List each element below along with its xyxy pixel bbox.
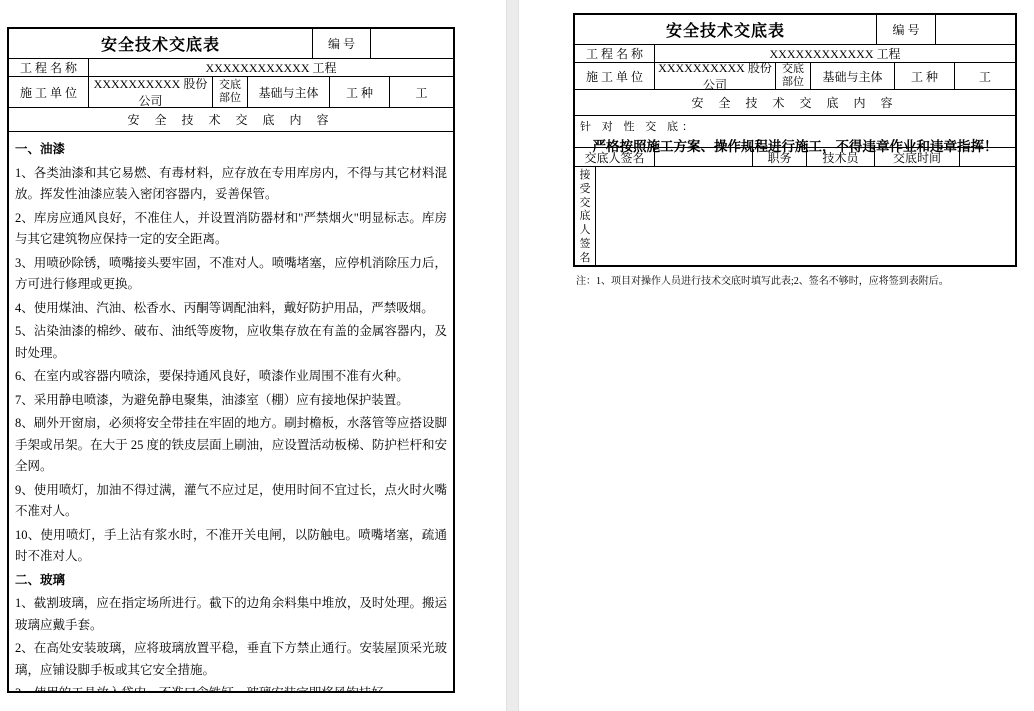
receiver-signature-area — [596, 167, 1015, 265]
glass-item-1: 1、截割玻璃，应在指定场所进行。截下的边角余料集中堆放，及时处理。搬运玻璃应戴手… — [15, 593, 447, 636]
content-header: 安 全 技 术 交 底 内 容 — [9, 108, 453, 131]
receiver-signature-label: 接 受 交 底 人 签 名 — [575, 167, 596, 265]
number-value-field — [371, 29, 453, 58]
page-gutter — [506, 0, 519, 711]
number-value-field — [936, 15, 1015, 44]
paint-item-2: 2、库房应通风良好，不准住人，并设置消防器材和"严禁烟火"明显标志。库房与其它建… — [15, 208, 447, 251]
project-name-row: 工 程 名 称 XXXXXXXXXXXX 工程 — [9, 59, 453, 77]
form-title: 安全技术交底表 — [575, 15, 877, 44]
work-type-value: 工 — [390, 77, 453, 107]
work-type-label: 工 种 — [330, 77, 390, 107]
glass-item-2: 2、在高处安装玻璃，应将玻璃放置平稳，垂直下方禁止通行。安装屋顶采光玻璃，应铺设… — [15, 638, 447, 681]
construction-unit-value: XXXXXXXXXX 股份公司 — [89, 77, 213, 107]
paint-item-8: 8、刷外开窗扇，必须将安全带挂在牢固的地方。刷封檐板，水落管等应搭设脚手架或吊架… — [15, 413, 447, 478]
paint-item-9: 9、使用喷灯，加油不得过满，灌气不应过足，使用时间不宜过长，点火时火嘴不准对人。 — [15, 480, 447, 523]
project-name-label: 工 程 名 称 — [9, 59, 89, 76]
paint-item-4: 4、使用煤油、汽油、松香水、丙酮等调配油料，戴好防护用品，严禁吸烟。 — [15, 298, 447, 320]
paint-item-3: 3、用喷砂除锈，喷嘴接头要牢固，不准对人。喷嘴堵塞，应停机消除压力后，方可进行修… — [15, 253, 447, 296]
targeted-disclosure-label: 针 对 性 交 底： — [580, 118, 1010, 134]
disclosure-content: 一、油漆 1、各类油漆和其它易燃、有毒材料，应存放在专用库房内，不得与其它材料混… — [9, 132, 453, 691]
paint-item-6: 6、在室内或容器内喷涂，要保持通风良好，喷漆作业周围不准有火种。 — [15, 366, 447, 388]
paint-item-7: 7、采用静电喷漆，为避免静电聚集，油漆室（棚）应有接地保护装置。 — [15, 390, 447, 412]
paint-item-1: 1、各类油漆和其它易燃、有毒材料，应存放在专用库房内，不得与其它材料混放。挥发性… — [15, 163, 447, 206]
safety-disclosure-table-page2: 安全技术交底表 编 号 工 程 名 称 XXXXXXXXXXXX 工程 施 工 … — [573, 13, 1017, 267]
content-header-row: 安 全 技 术 交 底 内 容 — [9, 108, 453, 132]
construction-unit-label: 施 工 单 位 — [9, 77, 89, 107]
disclosure-part-value: 基础与主体 — [248, 77, 330, 107]
project-name-row: 工 程 名 称 XXXXXXXXXXXX 工程 — [575, 45, 1015, 63]
glass-item-3: 3、使用的工具放入袋内，不准口含铁钉。玻璃安装完即将风钩挂好。 — [15, 683, 447, 691]
duty-label: 职务 — [753, 148, 807, 166]
document-page-1: 安全技术交底表 编 号 工 程 名 称 XXXXXXXXXXXX 工程 施 工 … — [0, 0, 506, 711]
paint-item-5: 5、沾染油漆的棉纱、破布、油纸等废物，应收集存放在有盖的金属容器内，及时处理。 — [15, 321, 447, 364]
number-label: 编 号 — [877, 15, 936, 44]
disclosure-part-label: 交底 部位 — [776, 63, 811, 89]
discloser-signature-field — [655, 148, 753, 166]
work-type-value: 工 — [955, 63, 1015, 89]
content-row: 一、油漆 1、各类油漆和其它易燃、有毒材料，应存放在专用库房内，不得与其它材料混… — [9, 132, 453, 691]
construction-unit-value: XXXXXXXXXX 股份公司 — [655, 63, 776, 89]
construction-unit-label: 施 工 单 位 — [575, 63, 655, 89]
project-name-value: XXXXXXXXXXXX 工程 — [655, 45, 1015, 62]
duty-value: 技术员 — [807, 148, 875, 166]
footnote: 注：1、项目对操作人员进行技术交底时填写此表;2、签名不够时，应将签到表附后。 — [576, 272, 1028, 287]
construction-unit-row: 施 工 单 位 XXXXXXXXXX 股份公司 交底 部位 基础与主体 工 种 … — [9, 77, 453, 108]
section-heading-glass: 二、玻璃 — [15, 570, 447, 592]
construction-unit-row: 施 工 单 位 XXXXXXXXXX 股份公司 交底 部位 基础与主体 工 种 … — [575, 63, 1015, 90]
paint-item-10: 10、使用喷灯，手上沾有浆水时，不准开关电闸，以防触电。喷嘴堵塞，疏通时不准对人… — [15, 525, 447, 568]
discloser-signature-label: 交底人签名 — [575, 148, 655, 166]
project-name-value: XXXXXXXXXXXX 工程 — [89, 59, 453, 76]
form-title: 安全技术交底表 — [9, 29, 313, 58]
header-row: 安全技术交底表 编 号 — [9, 29, 453, 59]
disclosure-time-field — [960, 148, 1015, 166]
receiver-signature-row: 接 受 交 底 人 签 名 — [575, 167, 1015, 265]
section-heading-paint: 一、油漆 — [15, 139, 447, 161]
disclosure-part-label: 交底 部位 — [213, 77, 248, 107]
project-name-label: 工 程 名 称 — [575, 45, 655, 62]
document-page-2: 安全技术交底表 编 号 工 程 名 称 XXXXXXXXXXXX 工程 施 工 … — [519, 0, 1034, 711]
content-header-row: 安 全 技 术 交 底 内 容 — [575, 90, 1015, 116]
header-row: 安全技术交底表 编 号 — [575, 15, 1015, 45]
disclosure-time-label: 交底时间 — [875, 148, 960, 166]
targeted-disclosure-row: 针 对 性 交 底： 严格按照施工方案、操作规程进行施工，不得违章作业和违章指挥… — [575, 116, 1015, 148]
content-header: 安 全 技 术 交 底 内 容 — [575, 90, 1015, 115]
safety-disclosure-table-page1: 安全技术交底表 编 号 工 程 名 称 XXXXXXXXXXXX 工程 施 工 … — [7, 27, 455, 693]
disclosure-part-value: 基础与主体 — [811, 63, 895, 89]
number-label: 编 号 — [313, 29, 371, 58]
signature-row: 交底人签名 职务 技术员 交底时间 — [575, 148, 1015, 167]
work-type-label: 工 种 — [895, 63, 955, 89]
